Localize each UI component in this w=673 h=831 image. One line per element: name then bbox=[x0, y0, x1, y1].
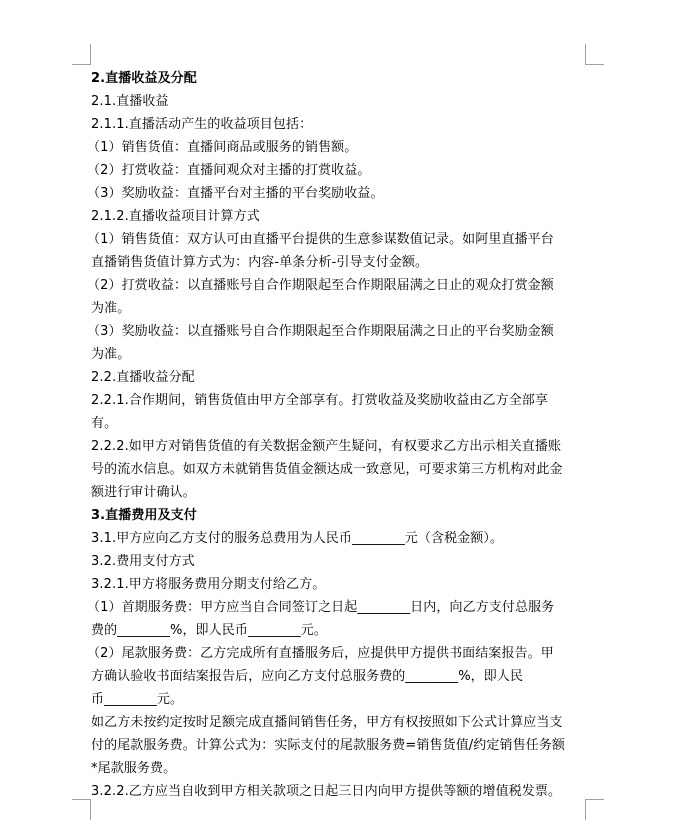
clause-2-1-2: 2.1.2.直播收益项目计算方式 bbox=[91, 205, 583, 228]
paragraph-line: 有。 bbox=[91, 412, 583, 435]
paragraph-line: 付的尾款服务费。计算公式为：实际支付的尾款服务费=销售货值/约定销售任务额 bbox=[91, 734, 583, 757]
list-item: （2）打赏收益：以直播账号自合作期限起至合作期限届满之日止的观众打赏金额 bbox=[87, 274, 583, 297]
paragraph-line: *尾款服务费。 bbox=[91, 757, 583, 780]
clause-2-2-1: 2.2.1.合作期间，销售货值由甲方全部享有。打赏收益及奖励收益由乙方全部享 bbox=[91, 389, 583, 412]
paragraph-line: 币________元。 bbox=[91, 688, 583, 711]
list-item: （1）首期服务费：甲方应当自合同签订之日起________日内，向乙方支付总服务 bbox=[87, 596, 583, 619]
clause-3-2-2: 3.2.2.乙方应当自收到甲方相关款项之日起三日内向甲方提供等额的增值税发票。 bbox=[91, 780, 583, 803]
paragraph-line: 为准。 bbox=[91, 297, 583, 320]
crop-mark-bottom-right bbox=[585, 799, 604, 820]
clause-2-1-1: 2.1.1.直播活动产生的收益项目包括： bbox=[91, 113, 583, 136]
clause-2-2-2: 2.2.2.如甲方对销售货值的有关数据金额产生疑问，有权要求乙方出示相关直播账 bbox=[91, 435, 583, 458]
crop-mark-bottom-left bbox=[72, 799, 91, 820]
paragraph-line: 费的________%，即人民币________元。 bbox=[91, 619, 583, 642]
list-item: （3）奖励收益：以直播账号自合作期限起至合作期限届满之日止的平台奖励金额 bbox=[87, 320, 583, 343]
list-item: （1）销售货值：双方认可由直播平台提供的生意参谋数值记录。如阿里直播平台 bbox=[87, 228, 583, 251]
clause-3-2-1: 3.2.1.甲方将服务费用分期支付给乙方。 bbox=[91, 573, 583, 596]
list-item: （2）打赏收益：直播间观众对主播的打赏收益。 bbox=[87, 159, 583, 182]
paragraph-line: 为准。 bbox=[91, 343, 583, 366]
list-item: （1）销售货值：直播间商品或服务的销售额。 bbox=[87, 136, 583, 159]
section-heading-3: 3.直播费用及支付 bbox=[91, 504, 583, 527]
paragraph-line: 方确认验收书面结案报告后，应向乙方支付总服务费的________%，即人民 bbox=[91, 665, 583, 688]
paragraph-line: 额进行审计确认。 bbox=[91, 481, 583, 504]
paragraph-line: 如乙方未按约定按时足额完成直播间销售任务，甲方有权按照如下公式计算应当支 bbox=[91, 711, 583, 734]
section-heading-2: 2.直播收益及分配 bbox=[91, 67, 583, 90]
paragraph-line: 直播销售货值计算方式为：内容-单条分析-引导支付金额。 bbox=[91, 251, 583, 274]
subheading-2-1: 2.1.直播收益 bbox=[91, 90, 583, 113]
subheading-2-2: 2.2.直播收益分配 bbox=[91, 366, 583, 389]
clause-3-1: 3.1.甲方应向乙方支付的服务总费用为人民币________元（含税金额）。 bbox=[91, 527, 583, 550]
list-item: （2）尾款服务费：乙方完成所有直播服务后，应提供甲方提供书面结案报告。甲 bbox=[87, 642, 583, 665]
crop-mark-top-right bbox=[585, 44, 604, 65]
document-body: 2.直播收益及分配 2.1.直播收益 2.1.1.直播活动产生的收益项目包括： … bbox=[91, 67, 583, 803]
subheading-3-2: 3.2.费用支付方式 bbox=[91, 550, 583, 573]
crop-mark-top-left bbox=[72, 44, 91, 65]
list-item: （3）奖励收益：直播平台对主播的平台奖励收益。 bbox=[87, 182, 583, 205]
paragraph-line: 号的流水信息。如双方未就销售货值金额达成一致意见，可要求第三方机构对此金 bbox=[91, 458, 583, 481]
